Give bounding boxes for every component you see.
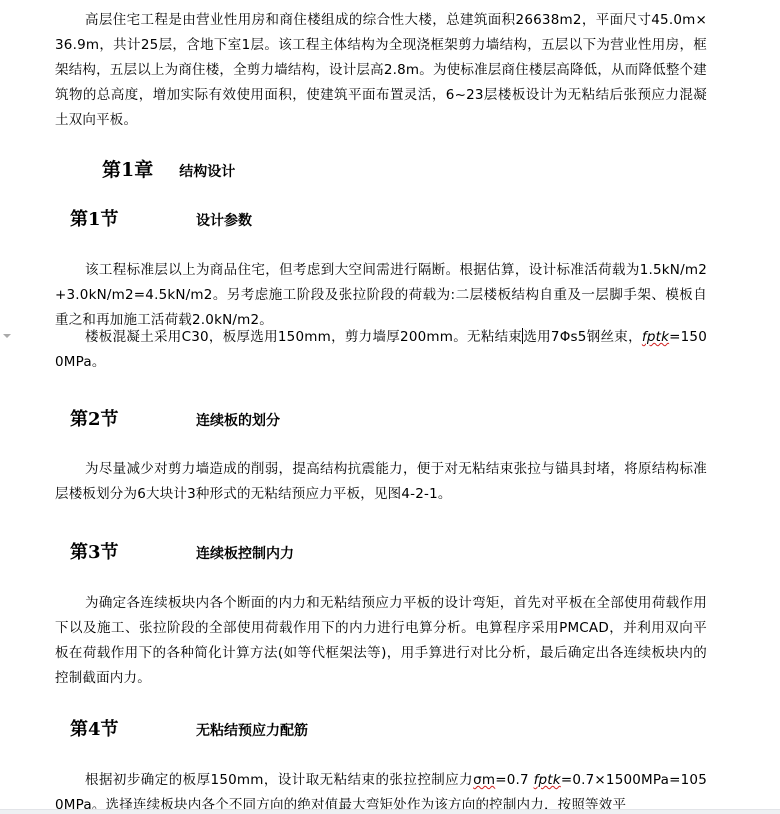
section-number: 第4节 — [70, 715, 196, 741]
spellcheck-flagged-word[interactable]: fptk — [642, 329, 669, 345]
spellcheck-flagged-word[interactable]: σm — [473, 772, 495, 788]
page-bottom-edge — [0, 809, 780, 814]
section-title: 连续板的划分 — [196, 413, 280, 429]
section-title: 设计参数 — [196, 213, 252, 229]
section-2-paragraph-1: 为尽量减少对剪力墙造成的削弱，提高结构抗震能力，便于对无粘结束张拉与锚具封堵，将… — [55, 457, 707, 507]
text-span: =0.7 — [495, 772, 533, 788]
section-1-paragraph-1: 该工程标准层以上为商品住宅，但考虑到大空间需进行隔断。根据估算，设计标准活荷载为… — [55, 258, 707, 333]
text-span: 根据初步确定的板厚150mm，设计取无粘结束的张拉控制应力 — [85, 772, 473, 788]
spellcheck-flagged-word[interactable]: fptk — [534, 772, 561, 788]
section-1-paragraph-2: 楼板混凝土采用C30，板厚选用150mm，剪力墙厚200mm。无粘结束选用7Φs… — [55, 325, 707, 375]
paragraph-marker-icon — [3, 334, 11, 338]
section-title: 连续板控制内力 — [196, 546, 294, 562]
text-span: 选用7Φs5钢丝束， — [523, 329, 642, 345]
intro-paragraph: 高层住宅工程是由营业性用房和商住楼组成的综合性大楼，总建筑面积26638m2，平… — [55, 8, 707, 133]
section-number: 第3节 — [70, 538, 196, 564]
text-span: 楼板混凝土采用C30，板厚选用150mm，剪力墙厚200mm。无粘结束 — [85, 329, 522, 345]
section-heading-3: 第3节连续板控制内力 — [70, 538, 294, 564]
section-title: 无粘结预应力配筋 — [196, 723, 308, 739]
section-number: 第1节 — [70, 205, 196, 231]
chapter-number: 第1章 — [102, 159, 153, 181]
section-heading-1: 第1节设计参数 — [70, 205, 252, 231]
document-page[interactable]: 高层住宅工程是由营业性用房和商住楼组成的综合性大楼，总建筑面积26638m2，平… — [0, 0, 780, 814]
section-3-paragraph-1: 为确定各连续板块内各个断面的内力和无粘结预应力平板的设计弯矩，首先对平板在全部使… — [55, 591, 707, 691]
section-heading-2: 第2节连续板的划分 — [70, 405, 280, 431]
chapter-title: 结构设计 — [179, 164, 235, 180]
chapter-heading: 第1章结构设计 — [102, 155, 235, 182]
section-heading-4: 第4节无粘结预应力配筋 — [70, 715, 308, 741]
section-number: 第2节 — [70, 405, 196, 431]
section-4-paragraph-1: 根据初步确定的板厚150mm，设计取无粘结束的张拉控制应力σm=0.7 fptk… — [55, 768, 707, 814]
